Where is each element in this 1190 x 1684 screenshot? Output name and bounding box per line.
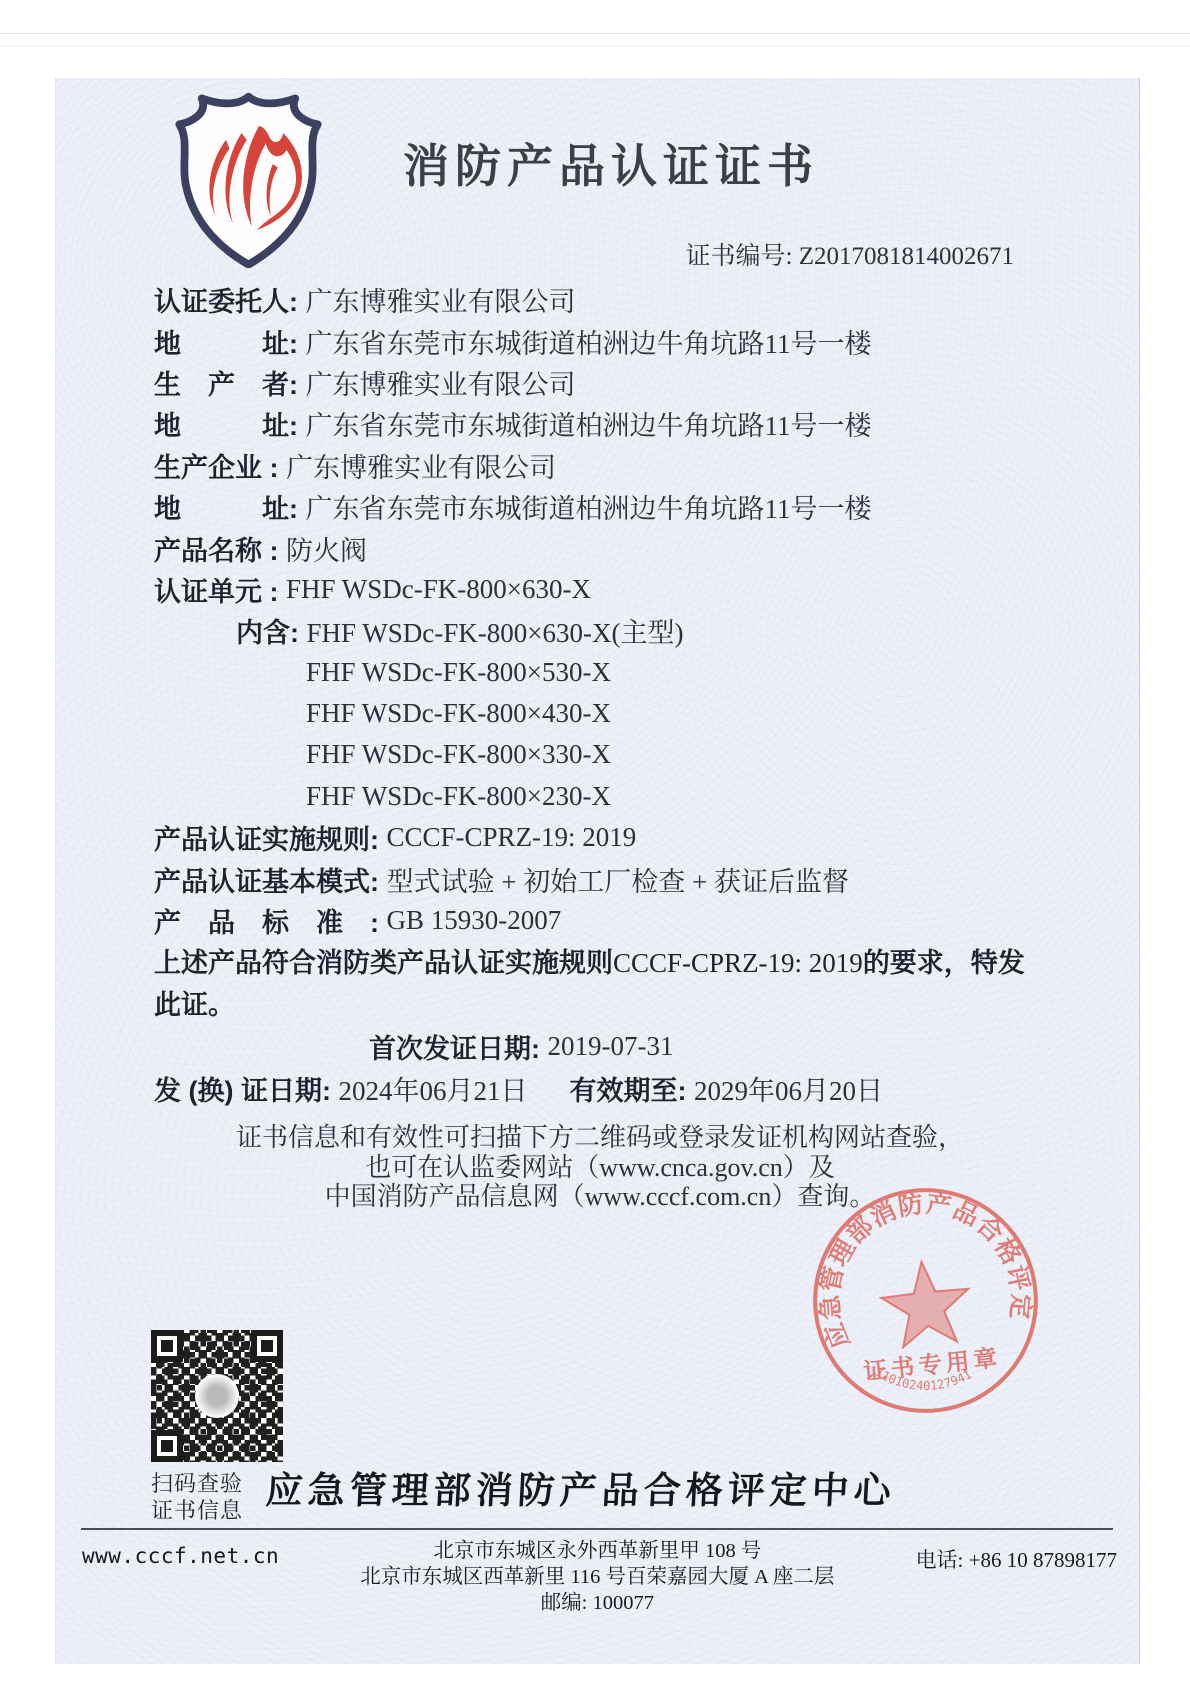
rule-value: 型式试验 + 初始工厂检查 + 获证后监督 bbox=[387, 860, 849, 899]
field-label: 认证委托人: bbox=[154, 280, 306, 319]
field-label: 地 址: bbox=[154, 404, 306, 443]
field-label: 认证单元 : bbox=[154, 570, 286, 609]
footer-website: www.cccf.net.cn bbox=[82, 1536, 279, 1568]
field-value: 广东省东莞市东城街道柏洲边牛角坑路11号一楼 bbox=[306, 322, 872, 361]
reissue-label: 发 (换) 证日期: bbox=[154, 1069, 338, 1108]
rule-label: 产 品 标 准 : bbox=[154, 901, 387, 940]
field-value: 广东省东莞市东城街道柏洲边牛角坑路11号一楼 bbox=[306, 404, 872, 443]
field-row-manufacturer: 生产企业 : 广东博雅实业有限公司 bbox=[154, 445, 1046, 486]
first-issue-date-row: 首次发证日期: 2019-07-31 bbox=[154, 1026, 1046, 1067]
scan-artifact-line bbox=[0, 33, 1190, 34]
validity-date: 有效期至: 2029年06月20日 bbox=[569, 1069, 883, 1108]
model-item: FHF WSDc-FK-800×630-X(主型) bbox=[307, 611, 684, 650]
statement-rule-code: CCCF-CPRZ-19: 2019 bbox=[613, 948, 863, 978]
field-value: 广东省东莞市东城街道柏洲边牛角坑路11号一楼 bbox=[306, 487, 872, 526]
model-row: FHF WSDc-FK-800×330-X bbox=[154, 734, 1046, 775]
footer-address-block: 北京市东城区永外西革新里甲 108 号 北京市东城区西革新里 116 号百荣嘉园… bbox=[279, 1536, 915, 1616]
model-item: FHF WSDc-FK-800×230-X bbox=[306, 781, 611, 812]
model-row-main: 内含: FHF WSDc-FK-800×630-X(主型) bbox=[154, 610, 1046, 651]
issuer-name: 应急管理部消防产品合格评定中心 bbox=[260, 1460, 903, 1514]
field-label: 生 产 者: bbox=[154, 363, 306, 402]
footer-divider bbox=[81, 1528, 1113, 1530]
first-issue-value: 2019-07-31 bbox=[548, 1031, 674, 1062]
seal-star-icon bbox=[878, 1257, 973, 1349]
validity-label: 有效期至: bbox=[569, 1069, 694, 1108]
field-label: 生产企业 : bbox=[154, 446, 286, 485]
qr-finder-icon bbox=[151, 1330, 183, 1362]
model-item: FHF WSDc-FK-800×530-X bbox=[306, 657, 611, 688]
field-value: 广东博雅实业有限公司 bbox=[286, 446, 556, 485]
footer-address-2: 北京市东城区西革新里 116 号百荣嘉园大厦 A 座二层 bbox=[279, 1564, 915, 1590]
rule-row-standard: 产 品 标 准 : GB 15930-2007 bbox=[154, 900, 1046, 941]
field-row-product-name: 产品名称 : 防火阀 bbox=[154, 527, 1046, 568]
models-label: 内含: bbox=[236, 611, 307, 650]
rule-row-mode: 产品认证基本模式: 型式试验 + 初始工厂检查 + 获证后监督 bbox=[154, 858, 1046, 899]
certificate-page: 消防产品认证证书 证书编号: Z2017081814002671 认证委托人: … bbox=[55, 78, 1140, 1664]
field-row-address: 地 址: 广东省东莞市东城街道柏洲边牛角坑路11号一楼 bbox=[154, 403, 1046, 444]
model-row: FHF WSDc-FK-800×430-X bbox=[154, 693, 1046, 734]
field-value: 广东博雅实业有限公司 bbox=[306, 280, 576, 319]
qr-finder-icon bbox=[151, 1430, 183, 1462]
field-label: 产品名称 : bbox=[154, 529, 286, 568]
reissue-date-row: 发 (换) 证日期: 2024年06月21日 有效期至: 2029年06月20日 bbox=[154, 1068, 1046, 1109]
model-row: FHF WSDc-FK-800×230-X bbox=[154, 776, 1046, 817]
certificate-body: 认证委托人: 广东博雅实业有限公司 地 址: 广东省东莞市东城街道柏洲边牛角坑路… bbox=[56, 78, 1140, 1212]
field-label: 地 址: bbox=[154, 487, 306, 526]
rule-value: GB 15930-2007 bbox=[387, 905, 562, 936]
rule-label: 产品认证基本模式: bbox=[154, 860, 387, 899]
field-row-producer: 生 产 者: 广东博雅实业有限公司 bbox=[154, 362, 1046, 403]
note-line: 证书信息和有效性可扫描下方二维码或登录发证机构网站查验， bbox=[154, 1123, 1046, 1153]
model-item: FHF WSDc-FK-800×430-X bbox=[306, 698, 611, 729]
qr-finder-icon bbox=[251, 1330, 283, 1362]
field-value: 防火阀 bbox=[286, 529, 367, 568]
qr-code bbox=[151, 1330, 283, 1462]
field-value: FHF WSDc-FK-800×630-X bbox=[286, 574, 591, 605]
footer-phone: 电话: +86 10 87898177 bbox=[916, 1536, 1117, 1574]
rule-row-implementation: 产品认证实施规则: CCCF-CPRZ-19: 2019 bbox=[154, 817, 1046, 858]
rule-value: CCCF-CPRZ-19: 2019 bbox=[387, 822, 637, 853]
qr-center-logo-icon bbox=[195, 1374, 239, 1418]
field-row-address: 地 址: 广东省东莞市东城街道柏洲边牛角坑路11号一楼 bbox=[154, 320, 1046, 361]
model-row: FHF WSDc-FK-800×530-X bbox=[154, 652, 1046, 693]
field-row-applicant: 认证委托人: 广东博雅实业有限公司 bbox=[154, 279, 1046, 320]
official-seal: 应急管理部消防产品合格评定中心 证书专用章 11010240127941 bbox=[796, 1171, 1054, 1429]
footer-address-1: 北京市东城区永外西革新里甲 108 号 bbox=[279, 1538, 915, 1564]
model-item: FHF WSDc-FK-800×330-X bbox=[306, 739, 611, 770]
footer-postcode: 邮编: 100077 bbox=[279, 1590, 915, 1616]
note-line: 也可在认监委网站（www.cnca.gov.cn）及 bbox=[154, 1153, 1046, 1183]
footer: www.cccf.net.cn 北京市东城区永外西革新里甲 108 号 北京市东… bbox=[56, 1536, 1140, 1616]
conformity-statement: 上述产品符合消防类产品认证实施规则CCCF-CPRZ-19: 2019的要求，特… bbox=[154, 942, 1036, 1026]
first-issue-label: 首次发证日期: bbox=[369, 1027, 548, 1066]
reissue-value: 2024年06月21日 bbox=[338, 1069, 527, 1108]
reissue-date: 发 (换) 证日期: 2024年06月21日 bbox=[154, 1069, 527, 1108]
field-label: 地 址: bbox=[154, 322, 306, 361]
scan-artifact-line bbox=[0, 45, 1190, 46]
validity-value: 2029年06月20日 bbox=[694, 1069, 883, 1108]
field-value: 广东博雅实业有限公司 bbox=[306, 363, 576, 402]
rule-label: 产品认证实施规则: bbox=[154, 818, 387, 857]
field-row-address: 地 址: 广东省东莞市东城街道柏洲边牛角坑路11号一楼 bbox=[154, 486, 1046, 527]
field-row-cert-unit: 认证单元 : FHF WSDc-FK-800×630-X bbox=[154, 569, 1046, 610]
statement-part1: 上述产品符合消防类产品认证实施规则 bbox=[154, 948, 613, 978]
